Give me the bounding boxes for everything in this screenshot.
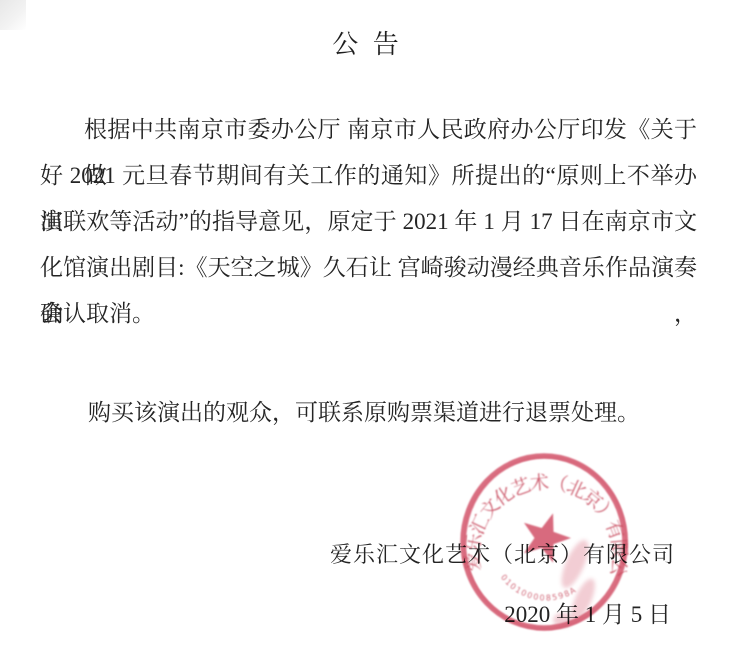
body-paragraph-1: 根据中共南京市委办公厅 南京市人民政府办公厅印发《关于做 好 2021 元旦春节… bbox=[40, 107, 697, 337]
page-title: 公 告 bbox=[0, 24, 735, 61]
body-paragraph-2: 购买该演出的观众，可联系原购票渠道进行退票处理。 bbox=[40, 390, 697, 436]
paragraph-line: 出联欢等活动”的指导意见，原定于 2021 年 1 月 17 日在南京市文 bbox=[40, 199, 697, 245]
paragraph-line: 根据中共南京市委办公厅 南京市人民政府办公厅印发《关于做 bbox=[40, 107, 697, 153]
seal-serial-number: 010100008598A bbox=[499, 573, 579, 603]
paragraph-line: 好 2021 元旦春节期间有关工作的通知》所提出的“原则上不举办演 bbox=[40, 153, 697, 199]
paragraph-line: 化馆演出剧目:《天空之城》久石让 宫崎骏动漫经典音乐作品演奏会， bbox=[40, 245, 697, 291]
company-signature: 爱乐汇文化艺术（北京）有限公司 bbox=[330, 541, 675, 569]
announcement-document: { "colors": { "seal_red": "#d45a70", "se… bbox=[0, 0, 735, 647]
document-date: 2020 年 1 月 5 日 bbox=[504, 601, 671, 629]
